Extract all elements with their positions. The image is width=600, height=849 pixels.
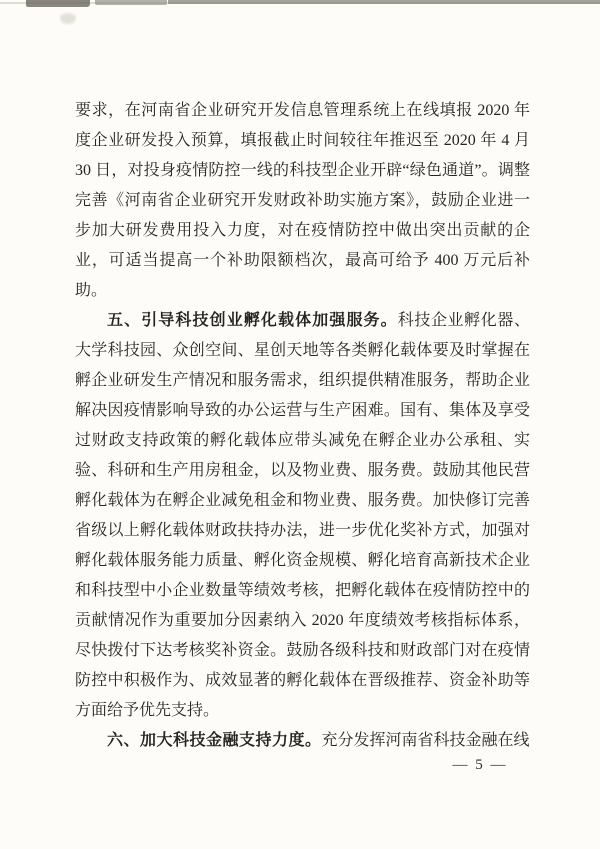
scan-artifact-strip [168, 0, 600, 4]
paragraph-section-5: 五、引导科技创业孵化载体加强服务。科技企业孵化器、大学科技园、众创空间、星创天地… [75, 306, 530, 726]
document-body: 要求，在河南省企业研究开发信息管理系统上在线填报 2020 年度企业研发投入预算… [75, 96, 530, 756]
section-6-heading: 六、加大科技金融支持力度。 [107, 732, 322, 749]
scanned-document-page: 要求，在河南省企业研究开发信息管理系统上在线填报 2020 年度企业研发投入预算… [0, 0, 600, 849]
section-5-heading: 五、引导科技创业孵化载体加强服务。 [107, 312, 398, 329]
scan-artifact-strip [95, 0, 167, 5]
paragraph-section-6: 六、加大科技金融支持力度。充分发挥河南省科技金融在线 [75, 726, 530, 756]
paragraph-continuation: 要求，在河南省企业研究开发信息管理系统上在线填报 2020 年度企业研发投入预算… [75, 96, 530, 306]
page-number: — 5 — [440, 755, 520, 775]
paragraph-text: 要求，在河南省企业研究开发信息管理系统上在线填报 2020 年度企业研发投入预算… [75, 102, 530, 299]
paragraph-text: 充分发挥河南省科技金融在线 [322, 732, 530, 749]
scan-artifact-strip [26, 0, 90, 7]
paragraph-text: 科技企业孵化器、大学科技园、众创空间、星创天地等各类孵化载体要及时掌握在孵企业研… [75, 312, 530, 719]
scan-smudge [60, 13, 76, 24]
